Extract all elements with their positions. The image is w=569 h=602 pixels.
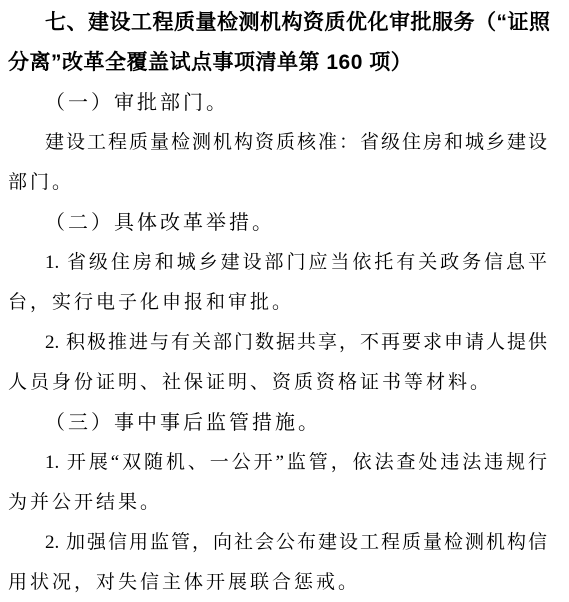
doc-title-line-1: 七、建设工程质量检测机构资质优化审批服务（“证照	[8, 3, 547, 43]
section-3-para-2-line-1: 2. 加强信用监管，向社会公布建设工程质量检测机构信	[8, 523, 547, 563]
section-2-para-1-line-2: 台，实行电子化申报和审批。	[8, 283, 547, 323]
section-1-para-1-line-2: 部门。	[8, 163, 547, 203]
section-3-para-1-line-2: 为并公开结果。	[8, 483, 547, 523]
section-1-para-1-line-1: 建设工程质量检测机构资质核准：省级住房和城乡建设	[8, 123, 547, 163]
section-2-para-2-line-1: 2. 积极推进与有关部门数据共享，不再要求申请人提供	[8, 323, 547, 363]
section-2-para-1-line-1: 1. 省级住房和城乡建设部门应当依托有关政务信息平	[8, 243, 547, 283]
section-2-para-2-line-2: 人员身份证明、社保证明、资质资格证书等材料。	[8, 363, 547, 403]
section-2-heading: （二）具体改革举措。	[8, 203, 547, 243]
section-3-para-1-line-1: 1. 开展“双随机、一公开”监管，依法查处违法违规行	[8, 443, 547, 483]
section-3-para-2-line-2: 用状况，对失信主体开展联合惩戒。	[8, 563, 547, 602]
section-1-heading: （一）审批部门。	[8, 83, 547, 123]
document-page: 七、建设工程质量检测机构资质优化审批服务（“证照 分离”改革全覆盖试点事项清单第…	[0, 0, 569, 602]
doc-title-line-2: 分离”改革全覆盖试点事项清单第 160 项）	[8, 43, 547, 83]
section-3-heading: （三）事中事后监管措施。	[8, 403, 547, 443]
